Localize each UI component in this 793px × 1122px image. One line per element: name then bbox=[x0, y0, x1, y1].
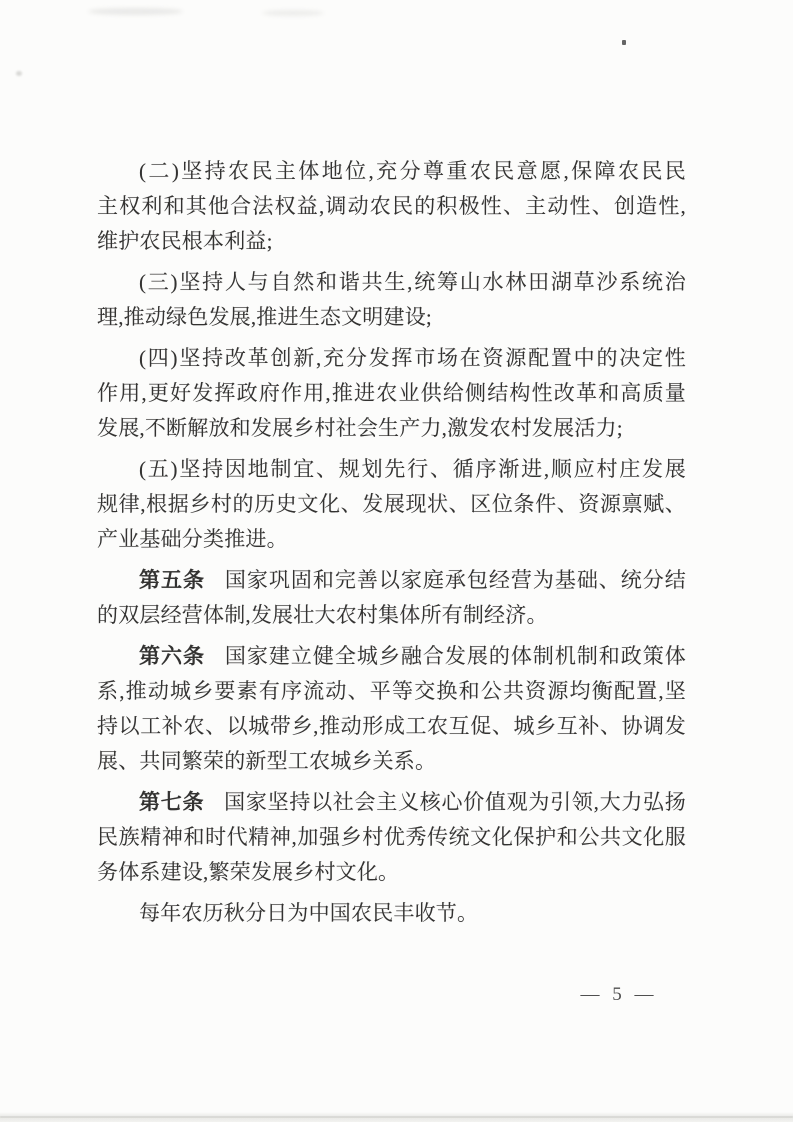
article-number: 第六条 bbox=[139, 645, 205, 668]
scan-bottom-edge-line bbox=[0, 1116, 793, 1118]
article-number: 第七条 bbox=[139, 791, 204, 814]
document-body: (二)坚持农民主体地位,充分尊重农民意愿,保障农民民主权利和其他合法权益,调动农… bbox=[97, 154, 686, 937]
article-number: 第五条 bbox=[139, 569, 205, 592]
paragraph-article-7: 第七条国家坚持以社会主义核心价值观为引领,大力弘扬民族精神和时代精神,加强乡村优… bbox=[97, 785, 686, 890]
text-line: 持以工补农、以城带乡,推动形成工农互促、城乡互补、协调发 bbox=[97, 709, 686, 744]
paragraph-article-7-para-2: 每年农历秋分日为中国农民丰收节。 bbox=[97, 896, 686, 931]
text-line: 每年农历秋分日为中国农民丰收节。 bbox=[97, 896, 686, 931]
text-line: 产业基础分类推进。 bbox=[97, 522, 686, 557]
paragraph-principle-5: (五)坚持因地制宜、规划先行、循序渐进,顺应村庄发展规律,根据乡村的历史文化、发… bbox=[97, 452, 686, 557]
text-line: (五)坚持因地制宜、规划先行、循序渐进,顺应村庄发展 bbox=[97, 452, 686, 487]
scanned-page: (二)坚持农民主体地位,充分尊重农民意愿,保障农民民主权利和其他合法权益,调动农… bbox=[0, 0, 793, 1122]
text-line: 展、共同繁荣的新型工农城乡关系。 bbox=[97, 744, 686, 779]
text-line: (三)坚持人与自然和谐共生,统筹山水林田湖草沙系统治 bbox=[97, 265, 686, 300]
text-line: (二)坚持农民主体地位,充分尊重农民意愿,保障农民民 bbox=[97, 154, 686, 189]
text-line: 作用,更好发挥政府作用,推进农业供给侧结构性改革和高质量 bbox=[97, 376, 686, 411]
paragraph-article-6: 第六条国家建立健全城乡融合发展的体制机制和政策体系,推动城乡要素有序流动、平等交… bbox=[97, 639, 686, 779]
paragraph-principle-2: (二)坚持农民主体地位,充分尊重农民意愿,保障农民民主权利和其他合法权益,调动农… bbox=[97, 154, 686, 259]
text-line: 维护农民根本利益; bbox=[97, 224, 686, 259]
scan-smudge bbox=[262, 10, 324, 16]
text-line: 务体系建设,繁荣发展乡村文化。 bbox=[97, 855, 686, 890]
text-line: 第七条国家坚持以社会主义核心价值观为引领,大力弘扬 bbox=[97, 785, 686, 820]
text-line: 第六条国家建立健全城乡融合发展的体制机制和政策体 bbox=[97, 639, 686, 674]
scan-speck bbox=[622, 40, 626, 45]
paragraph-principle-4: (四)坚持改革创新,充分发挥市场在资源配置中的决定性作用,更好发挥政府作用,推进… bbox=[97, 341, 686, 446]
page-number: — 5 — bbox=[555, 984, 680, 1006]
text-line: 的双层经营体制,发展壮大农村集体所有制经济。 bbox=[97, 598, 686, 633]
scan-speck bbox=[16, 71, 22, 76]
text-line: 系,推动城乡要素有序流动、平等交换和公共资源均衡配置,坚 bbox=[97, 674, 686, 709]
text-line: 第五条国家巩固和完善以家庭承包经营为基础、统分结合 bbox=[97, 563, 686, 598]
text-line: 民族精神和时代精神,加强乡村优秀传统文化保护和公共文化服 bbox=[97, 820, 686, 855]
scan-smudge bbox=[88, 8, 183, 15]
text-line: 发展,不断解放和发展乡村社会生产力,激发农村发展活力; bbox=[97, 411, 686, 446]
paragraph-principle-3: (三)坚持人与自然和谐共生,统筹山水林田湖草沙系统治理,推动绿色发展,推进生态文… bbox=[97, 265, 686, 335]
paragraph-article-5: 第五条国家巩固和完善以家庭承包经营为基础、统分结合的双层经营体制,发展壮大农村集… bbox=[97, 563, 686, 633]
text-line: 理,推动绿色发展,推进生态文明建设; bbox=[97, 300, 686, 335]
text-line: (四)坚持改革创新,充分发挥市场在资源配置中的决定性 bbox=[97, 341, 686, 376]
text-line: 主权利和其他合法权益,调动农民的积极性、主动性、创造性, bbox=[97, 189, 686, 224]
text-line: 规律,根据乡村的历史文化、发展现状、区位条件、资源禀赋、 bbox=[97, 487, 686, 522]
